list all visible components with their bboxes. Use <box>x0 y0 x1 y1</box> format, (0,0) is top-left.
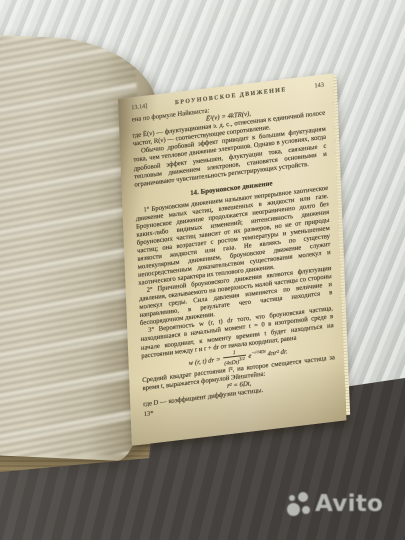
photo-of-open-book: 13.14] БРОУНОВСКОЕ ДВИЖЕНИЕ 143 ена по ф… <box>0 0 405 540</box>
page-number: 143 <box>314 82 324 91</box>
logo-dot-large <box>287 503 300 516</box>
watermark-brand-text: Avito <box>315 493 383 516</box>
formula-lhs: w (r, t) dr = <box>189 356 221 367</box>
page-text-block: 13.14] БРОУНОВСКОЕ ДВИЖЕНИЕ 143 ена по ф… <box>118 73 346 445</box>
section-reference: 13.14] <box>131 103 147 112</box>
logo-dot-tiny <box>302 506 310 514</box>
avito-watermark: Avito <box>287 492 383 517</box>
avito-logo-icon <box>287 492 311 517</box>
logo-dot-small <box>289 495 295 501</box>
logo-dot-medium <box>298 492 308 502</box>
formula-tail: 4πr² dr. <box>267 348 287 357</box>
exp-exponent: −r²/4Dt <box>251 348 266 355</box>
denominator-exponent: 3/2 <box>239 356 245 362</box>
right-book-page: 13.14] БРОУНОВСКОЕ ДВИЖЕНИЕ 143 ена по ф… <box>118 73 346 445</box>
